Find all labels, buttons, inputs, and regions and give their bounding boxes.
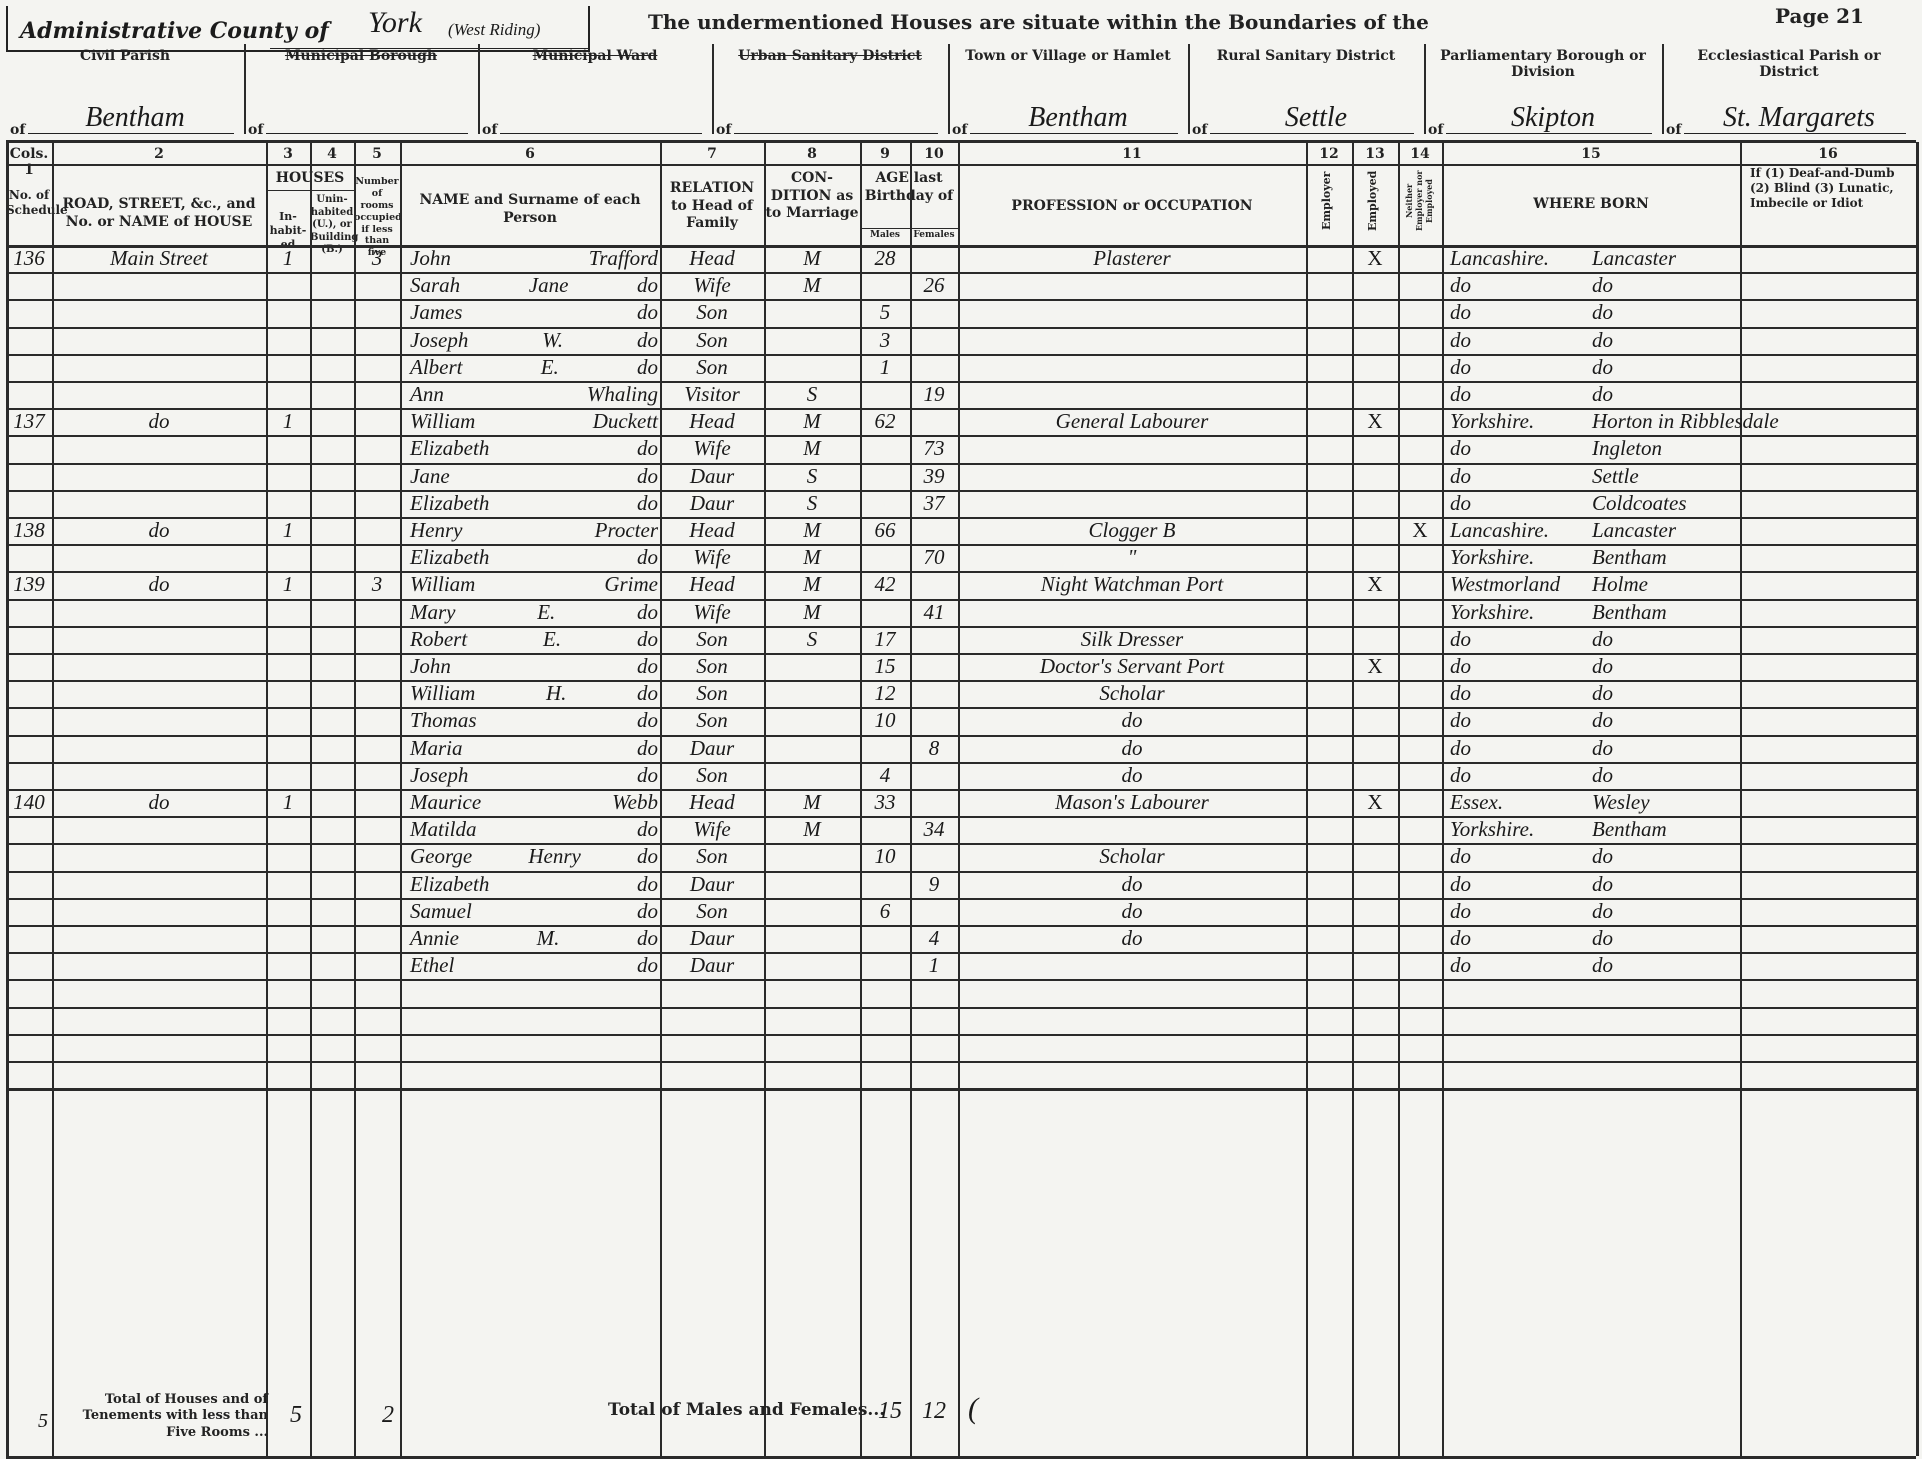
occupation: do (958, 926, 1306, 951)
district-cell: Rural Sanitary DistrictofSettle (1188, 44, 1424, 144)
rooms-count: 3 (354, 572, 400, 597)
female-age: 37 (910, 491, 958, 516)
born-county: do (1450, 436, 1600, 461)
male-age: 15 (860, 654, 910, 679)
female-age: 4 (910, 926, 958, 951)
table-row: Ann WhalingVisitorS19dodo (0, 382, 1922, 409)
male-age: 12 (860, 681, 910, 706)
district-value: St. Margarets (1692, 102, 1906, 134)
column-number: 2 (52, 146, 266, 162)
header-infirmity: If (1) Deaf-and-Dumb (2) Blind (3) Lunat… (1740, 166, 1916, 211)
born-county: do (1450, 491, 1600, 516)
born-county: Westmorland (1450, 572, 1600, 597)
born-county: do (1450, 627, 1600, 652)
employed-mark: X (1352, 246, 1398, 271)
born-place: Horton in Ribblesdale (1592, 409, 1742, 434)
person-name: Ethel do (410, 953, 658, 978)
employed-mark: X (1352, 409, 1398, 434)
header-occupation: PROFESSION or OCCUPATION (958, 198, 1306, 216)
column-number: 8 (764, 146, 860, 162)
relation-to-head: Daur (660, 926, 764, 951)
born-place: Holme (1592, 572, 1742, 597)
table-row: Elizabeth doDaurS37doColdcoates (0, 491, 1922, 518)
total-persons-label: Total of Males and Females... (608, 1400, 885, 1420)
district-title: Municipal Ward (478, 48, 712, 64)
table-row: Joseph W. doSon3dodo (0, 328, 1922, 355)
of-label: of (716, 122, 731, 138)
born-county: Yorkshire. (1450, 545, 1600, 570)
born-county: do (1450, 872, 1600, 897)
marital-condition: M (764, 790, 860, 815)
female-age: 39 (910, 464, 958, 489)
person-name: Sarah Jane do (410, 273, 658, 298)
table-row: Elizabeth doWifeM73doIngleton (0, 436, 1922, 463)
born-place: do (1592, 273, 1742, 298)
marital-condition: S (764, 464, 860, 489)
occupation: Night Watchman Port (958, 572, 1306, 597)
born-county: do (1450, 926, 1600, 951)
born-place: Bentham (1592, 545, 1742, 570)
person-name: Ann Whaling (410, 382, 658, 407)
female-age: 8 (910, 736, 958, 761)
born-county: do (1450, 736, 1600, 761)
born-place: do (1592, 654, 1742, 679)
relation-to-head: Daur (660, 736, 764, 761)
table-row: 138do1Henry ProcterHeadM66Clogger BXLanc… (0, 518, 1922, 545)
district-cell: Town or Village or HamletofBentham (948, 44, 1188, 144)
relation-to-head: Son (660, 763, 764, 788)
born-county: do (1450, 708, 1600, 733)
born-place: do (1592, 844, 1742, 869)
header-neither: Neither Employer nor Employed (1404, 166, 1438, 236)
admin-county-value: York (368, 6, 422, 40)
born-place: Bentham (1592, 817, 1742, 842)
header-where-born: WHERE BORN (1442, 196, 1740, 214)
occupation: Silk Dresser (958, 627, 1306, 652)
table-row: Ethel doDaur1dodo (0, 953, 1922, 980)
schedule-number: 136 (6, 246, 52, 271)
marital-condition: M (764, 600, 860, 625)
table-row: 136Main Street13John TraffordHeadM28Plas… (0, 246, 1922, 273)
male-age: 1 (860, 355, 910, 380)
district-title: Town or Village or Hamlet (948, 48, 1188, 64)
district-title: Civil Parish (6, 48, 244, 64)
born-place: do (1592, 382, 1742, 407)
occupation: do (958, 899, 1306, 924)
occupation: Clogger B (958, 518, 1306, 543)
born-place: Lancaster (1592, 246, 1742, 271)
table-row: Joseph doSon4dododo (0, 763, 1922, 790)
born-county: do (1450, 844, 1600, 869)
district-cell: Parliamentary Borough or DivisionofSkipt… (1424, 44, 1662, 144)
header-road: ROAD, STREET, &c., and No. or NAME of HO… (52, 196, 266, 231)
relation-to-head: Head (660, 572, 764, 597)
occupation: General Labourer (958, 409, 1306, 434)
female-age: 19 (910, 382, 958, 407)
road-street: do (52, 518, 266, 543)
relation-to-head: Head (660, 409, 764, 434)
male-age: 17 (860, 627, 910, 652)
born-county: Yorkshire. (1450, 409, 1600, 434)
occupation: Doctor's Servant Port (958, 654, 1306, 679)
table-row: 139do13William GrimeHeadM42Night Watchma… (0, 572, 1922, 599)
of-label: of (482, 122, 497, 138)
district-cell: Municipal Wardof (478, 44, 712, 144)
header-condition: CON-DITION as to Marriage (764, 170, 860, 223)
table-row (0, 1062, 1922, 1089)
marital-condition: M (764, 273, 860, 298)
header-employer: Employer (1320, 170, 1334, 232)
marital-condition: M (764, 572, 860, 597)
born-place: do (1592, 681, 1742, 706)
female-age: 34 (910, 817, 958, 842)
header-females: Females (910, 230, 958, 241)
occupation: Plasterer (958, 246, 1306, 271)
person-name: Matilda do (410, 817, 658, 842)
relation-to-head: Visitor (660, 382, 764, 407)
born-county: do (1450, 300, 1600, 325)
district-value: Bentham (978, 102, 1178, 134)
relation-to-head: Son (660, 300, 764, 325)
born-county: do (1450, 382, 1600, 407)
relation-to-head: Son (660, 328, 764, 353)
inhabited-count: 1 (266, 246, 310, 271)
occupation: do (958, 872, 1306, 897)
person-name: Annie M. do (410, 926, 658, 951)
born-place: do (1592, 627, 1742, 652)
table-row: Mary E. doWifeM41Yorkshire.Bentham (0, 600, 1922, 627)
employed-mark: X (1352, 790, 1398, 815)
page-number: Page 21 (1775, 4, 1864, 28)
male-age: 28 (860, 246, 910, 271)
occupation: Scholar (958, 844, 1306, 869)
born-place: do (1592, 708, 1742, 733)
occupation: do (958, 763, 1306, 788)
of-label: of (10, 122, 25, 138)
occupation: do (958, 736, 1306, 761)
table-row: Albert E. doSon1dodo (0, 355, 1922, 382)
census-page: Administrative County of York (West Ridi… (0, 0, 1922, 1459)
total-houses-inhabited: 5 (290, 1402, 302, 1429)
table-row: William H. doSon12Scholardodo (0, 681, 1922, 708)
table-row: Samuel doSon6dododo (0, 899, 1922, 926)
born-place: do (1592, 300, 1742, 325)
road-street: do (52, 790, 266, 815)
born-county: do (1450, 763, 1600, 788)
table-row: Maria doDaur8dododo (0, 736, 1922, 763)
relation-to-head: Son (660, 654, 764, 679)
district-title: Rural Sanitary District (1188, 48, 1424, 64)
born-county: Essex. (1450, 790, 1600, 815)
header-age: AGE last Birthday of (860, 170, 958, 205)
relation-to-head: Son (660, 681, 764, 706)
person-name: Mary E. do (410, 600, 658, 625)
born-place: do (1592, 763, 1742, 788)
column-number: 6 (400, 146, 660, 162)
header-rule (6, 140, 1916, 143)
relation-to-head: Daur (660, 872, 764, 897)
marital-condition: S (764, 627, 860, 652)
person-name: Samuel do (410, 899, 658, 924)
born-place: do (1592, 736, 1742, 761)
column-number: Cols. 1 (6, 146, 52, 178)
column-number: 12 (1306, 146, 1352, 162)
column-number: 11 (958, 146, 1306, 162)
road-street: do (52, 409, 266, 434)
column-number: 10 (910, 146, 958, 162)
total-rooms: 2 (382, 1402, 394, 1429)
relation-to-head: Daur (660, 491, 764, 516)
schedule-number: 139 (6, 572, 52, 597)
born-county: do (1450, 464, 1600, 489)
person-name: John Trafford (410, 246, 658, 271)
district-cell: Civil ParishofBentham (6, 44, 244, 144)
column-number: 4 (310, 146, 354, 162)
relation-to-head: Son (660, 627, 764, 652)
column-number: 16 (1740, 146, 1916, 162)
total-schedules: 5 (38, 1410, 48, 1433)
marital-condition: S (764, 491, 860, 516)
person-name: James do (410, 300, 658, 325)
relation-to-head: Son (660, 708, 764, 733)
marital-condition: S (764, 382, 860, 407)
schedule-number: 138 (6, 518, 52, 543)
table-row: James doSon5dodo (0, 300, 1922, 327)
of-label: of (1428, 122, 1443, 138)
schedule-number: 140 (6, 790, 52, 815)
district-title: Urban Sanitary District (712, 48, 948, 64)
born-place: Coldcoates (1592, 491, 1742, 516)
occupation: Mason's Labourer (958, 790, 1306, 815)
male-age: 10 (860, 708, 910, 733)
born-place: do (1592, 872, 1742, 897)
table-row: Annie M. doDaur4dododo (0, 926, 1922, 953)
table-row: Elizabeth doWifeM70"Yorkshire.Bentham (0, 545, 1922, 572)
person-name: William Duckett (410, 409, 658, 434)
born-county: do (1450, 681, 1600, 706)
column-number: 13 (1352, 146, 1398, 162)
table-row: George Henry doSon10Scholardodo (0, 844, 1922, 871)
header-relation: RELATION to Head of Family (660, 180, 764, 233)
person-name: Henry Procter (410, 518, 658, 543)
table-row: Thomas doSon10dododo (0, 708, 1922, 735)
neither-mark: X (1398, 518, 1442, 543)
person-name: William Grime (410, 572, 658, 597)
born-county: Yorkshire. (1450, 817, 1600, 842)
age-rule (860, 228, 958, 229)
person-name: George Henry do (410, 844, 658, 869)
employed-mark: X (1352, 572, 1398, 597)
table-row: Sarah Jane doWifeM26dodo (0, 273, 1922, 300)
male-age: 66 (860, 518, 910, 543)
rooms-count: 3 (354, 246, 400, 271)
column-number: 5 (354, 146, 400, 162)
table-row: Jane doDaurS39doSettle (0, 464, 1922, 491)
born-place: do (1592, 328, 1742, 353)
male-age: 33 (860, 790, 910, 815)
person-name: Maria do (410, 736, 658, 761)
female-age: 1 (910, 953, 958, 978)
relation-to-head: Wife (660, 600, 764, 625)
inhabited-count: 1 (266, 409, 310, 434)
born-county: do (1450, 355, 1600, 380)
marital-condition: M (764, 246, 860, 271)
road-street: Main Street (52, 246, 266, 271)
column-number: 9 (860, 146, 910, 162)
relation-to-head: Head (660, 246, 764, 271)
born-county: do (1450, 899, 1600, 924)
born-place: do (1592, 355, 1742, 380)
header-name: NAME and Surname of each Person (400, 192, 660, 227)
person-name: Elizabeth do (410, 491, 658, 516)
born-place: Settle (1592, 464, 1742, 489)
table-row: 140do1Maurice WebbHeadM33Mason's Laboure… (0, 790, 1922, 817)
relation-to-head: Son (660, 355, 764, 380)
district-title: Parliamentary Borough or Division (1424, 48, 1662, 80)
female-age: 41 (910, 600, 958, 625)
column-number: 7 (660, 146, 764, 162)
person-name: William H. do (410, 681, 658, 706)
of-label: of (248, 122, 263, 138)
of-label: of (952, 122, 967, 138)
road-street: do (52, 572, 266, 597)
relation-to-head: Daur (660, 953, 764, 978)
district-value: Bentham (36, 102, 234, 134)
marital-condition: M (764, 518, 860, 543)
female-age: 73 (910, 436, 958, 461)
district-title: Ecclesiastical Parish or District (1662, 48, 1916, 80)
person-name: Jane do (410, 464, 658, 489)
header-males: Males (860, 230, 910, 241)
female-age: 9 (910, 872, 958, 897)
occupation: Scholar (958, 681, 1306, 706)
relation-to-head: Wife (660, 545, 764, 570)
column-number: 14 (1398, 146, 1442, 162)
district-cell: Municipal Boroughof (244, 44, 478, 144)
person-name: John do (410, 654, 658, 679)
marital-condition: M (764, 817, 860, 842)
table-row: Robert E. doSonS17Silk Dresserdodo (0, 627, 1922, 654)
occupation: " (958, 545, 1306, 570)
person-name: Maurice Webb (410, 790, 658, 815)
table-row (0, 1035, 1922, 1062)
inhabited-count: 1 (266, 572, 310, 597)
header-schedule: No. of Schedule (6, 188, 52, 218)
born-county: Lancashire. (1450, 246, 1600, 271)
bracket-mark: ( (968, 1392, 978, 1426)
district-value: Settle (1218, 102, 1414, 134)
female-age: 26 (910, 273, 958, 298)
born-county: do (1450, 654, 1600, 679)
male-age: 42 (860, 572, 910, 597)
district-underline (266, 133, 468, 134)
person-name: Robert E. do (410, 627, 658, 652)
male-age: 10 (860, 844, 910, 869)
person-name: Elizabeth do (410, 436, 658, 461)
born-place: do (1592, 899, 1742, 924)
relation-to-head: Wife (660, 273, 764, 298)
header-employed: Employed (1366, 170, 1380, 232)
table-row (0, 980, 1922, 1007)
person-name: Thomas do (410, 708, 658, 733)
born-place: do (1592, 953, 1742, 978)
schedule-number: 137 (6, 409, 52, 434)
district-cell: Urban Sanitary Districtof (712, 44, 948, 144)
total-females: 12 (922, 1398, 946, 1425)
admin-county-note: (West Riding) (448, 20, 540, 40)
relation-to-head: Son (660, 844, 764, 869)
relation-to-head: Daur (660, 464, 764, 489)
born-county: do (1450, 273, 1600, 298)
born-county: Lancashire. (1450, 518, 1600, 543)
inhabited-count: 1 (266, 790, 310, 815)
male-age: 4 (860, 763, 910, 788)
person-name: Joseph do (410, 763, 658, 788)
district-underline (500, 133, 702, 134)
employed-mark: X (1352, 654, 1398, 679)
district-title: Municipal Borough (244, 48, 478, 64)
relation-to-head: Wife (660, 436, 764, 461)
column-number: 15 (1442, 146, 1740, 162)
inhabited-count: 1 (266, 518, 310, 543)
total-houses-label: Total of Houses and of Tenements with le… (78, 1392, 268, 1441)
relation-to-head: Head (660, 790, 764, 815)
total-males: 15 (878, 1398, 902, 1425)
born-place: Ingleton (1592, 436, 1742, 461)
district-value: Skipton (1454, 102, 1652, 134)
table-row (0, 1008, 1922, 1035)
born-county: do (1450, 328, 1600, 353)
person-name: Elizabeth do (410, 545, 658, 570)
male-age: 6 (860, 899, 910, 924)
born-place: Bentham (1592, 600, 1742, 625)
district-cell: Ecclesiastical Parish or DistrictofSt. M… (1662, 44, 1916, 144)
marital-condition: M (764, 545, 860, 570)
colnum-rule (6, 164, 1916, 166)
relation-to-head: Wife (660, 817, 764, 842)
male-age: 3 (860, 328, 910, 353)
born-place: Lancaster (1592, 518, 1742, 543)
female-age: 70 (910, 545, 958, 570)
marital-condition: M (764, 436, 860, 461)
person-name: Elizabeth do (410, 872, 658, 897)
male-age: 5 (860, 300, 910, 325)
born-place: Wesley (1592, 790, 1742, 815)
table-row: John doSon15Doctor's Servant PortXdodo (0, 654, 1922, 681)
intro-text: The undermentioned Houses are situate wi… (648, 10, 1429, 34)
table-row: Elizabeth doDaur9dododo (0, 872, 1922, 899)
relation-to-head: Head (660, 518, 764, 543)
occupation: do (958, 708, 1306, 733)
marital-condition: M (764, 409, 860, 434)
table-row: Matilda doWifeM34Yorkshire.Bentham (0, 817, 1922, 844)
table-row: 137do1William DuckettHeadM62General Labo… (0, 409, 1922, 436)
born-county: do (1450, 953, 1600, 978)
district-underline (734, 133, 938, 134)
relation-to-head: Son (660, 899, 764, 924)
person-name: Albert E. do (410, 355, 658, 380)
born-place: do (1592, 926, 1742, 951)
admin-county-label: Administrative County of (20, 18, 329, 44)
of-label: of (1192, 122, 1207, 138)
male-age: 62 (860, 409, 910, 434)
column-number: 3 (266, 146, 310, 162)
of-label: of (1666, 122, 1681, 138)
person-name: Joseph W. do (410, 328, 658, 353)
born-county: Yorkshire. (1450, 600, 1600, 625)
